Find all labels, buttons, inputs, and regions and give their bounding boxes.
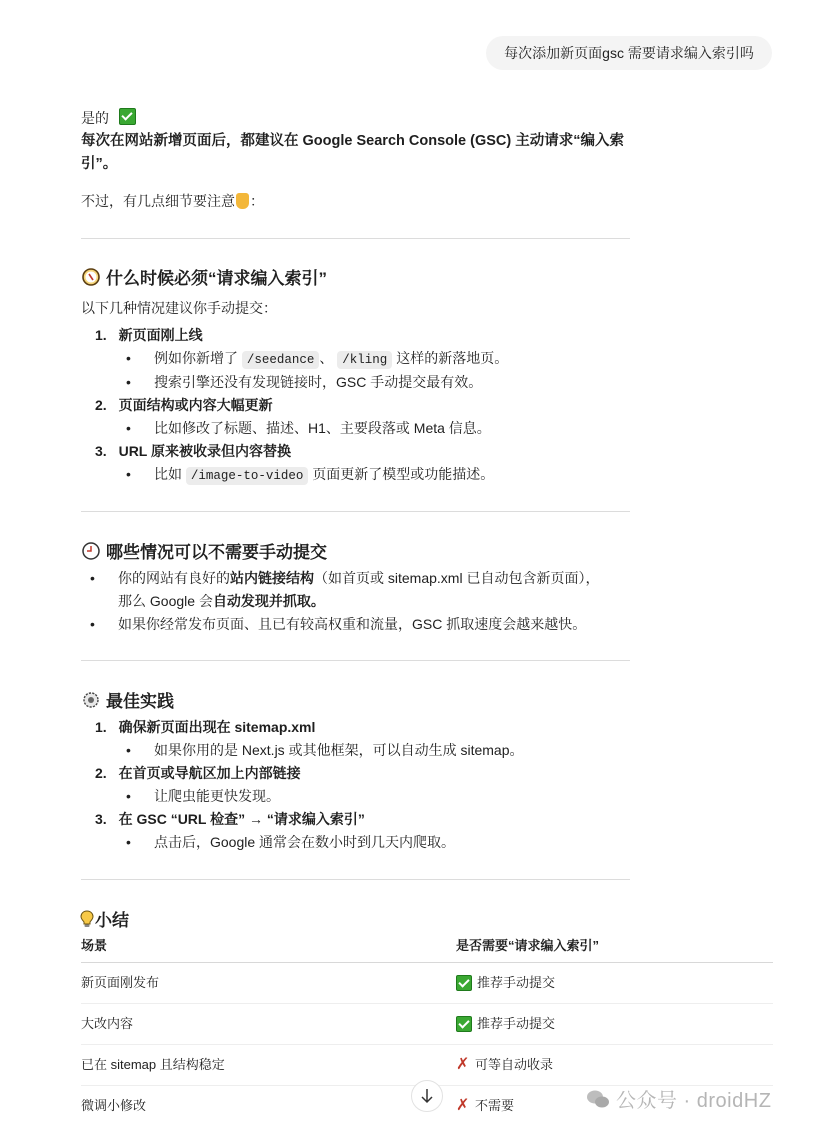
- check-icon: [456, 975, 472, 991]
- bullet-item: 比如修改了标题、描述、H1、主要段落或 Meta 信息。: [154, 417, 491, 439]
- item-label: 在首页或导航区加上内部链接: [119, 765, 301, 781]
- table-row: 大改内容 推荐手动提交: [81, 1004, 773, 1045]
- bullet-text: 那么 Google 会: [118, 593, 213, 609]
- section-title: 什么时候必须“请求编入索引”: [106, 264, 327, 289]
- item-label: 新页面刚上线: [119, 327, 203, 343]
- bullet-item: 搜索引擎还没有发现链接时，GSC 手动提交最有效。: [154, 371, 482, 393]
- summary-heading: 小结: [80, 906, 129, 931]
- item-label: URL 原来被收录但内容替换: [119, 443, 291, 459]
- bullet-item: 让爬虫能更快发现。: [154, 785, 280, 807]
- gear-icon: [82, 691, 100, 709]
- item-number: 2.: [95, 765, 107, 781]
- section-subtitle: 以下几种情况建议你手动提交：: [81, 297, 277, 319]
- cell-status: ✗可等自动收录: [456, 1045, 553, 1085]
- intro-note-colon: ：: [250, 193, 264, 209]
- ordered-item-2: 2. 在首页或导航区加上内部链接: [95, 762, 301, 784]
- ordered-item-3: 3. 在 GSC “URL 检查” → “请求编入索引”: [95, 808, 365, 830]
- code-seedance: /seedance: [242, 351, 320, 369]
- cell-scenario: 新页面刚发布: [81, 963, 159, 1003]
- code-kling: /kling: [337, 351, 392, 369]
- compass-icon: [82, 268, 100, 286]
- bullet-text: 这样的新落地页。: [396, 350, 508, 366]
- lightbulb-icon: [80, 910, 94, 928]
- column-header-scenario: 场景: [81, 930, 107, 962]
- item-number: 2.: [95, 397, 107, 413]
- ordered-item-2: 2. 页面结构或内容大幅更新: [95, 394, 273, 416]
- item-number: 1.: [95, 327, 107, 343]
- bullet-bold: 站内链接结构: [230, 570, 314, 586]
- summary-title: 小结: [95, 906, 129, 931]
- section-heading-best-practice: 最佳实践: [82, 687, 174, 712]
- status-text: 推荐手动提交: [477, 963, 555, 1003]
- divider: [81, 511, 630, 512]
- cell-status: 推荐手动提交: [456, 1004, 555, 1044]
- code-image-to-video: /image-to-video: [186, 467, 309, 485]
- wechat-icon: [586, 1089, 610, 1109]
- status-text: 可等自动收录: [475, 1045, 553, 1085]
- pointing-down-icon: [236, 193, 249, 209]
- bullet-item: 你的网站有良好的站内链接结构（如首页或 sitemap.xml 已自动包含新页面…: [118, 567, 599, 589]
- bullet-text: 页面更新了模型或功能描述。: [312, 466, 494, 482]
- watermark-text: 公众号 · droidHZ: [616, 1084, 771, 1113]
- item-label: 在 GSC “URL 检查” → “请求编入索引”: [119, 811, 365, 827]
- bullet-text: （如首页或 sitemap.xml 已自动包含新页面），: [314, 570, 599, 586]
- status-text: 不需要: [475, 1086, 514, 1126]
- section-heading-not-required: 哪些情况可以不需要手动提交: [82, 538, 327, 563]
- section-title: 最佳实践: [106, 687, 174, 712]
- cell-status: ✗不需要: [456, 1086, 514, 1126]
- bullet-text: 你的网站有良好的: [118, 570, 230, 586]
- item-number: 1.: [95, 719, 107, 735]
- ordered-item-3: 3. URL 原来被收录但内容替换: [95, 440, 291, 462]
- divider: [81, 660, 630, 661]
- bullet-bold: 自动发现并抓取。: [213, 593, 325, 609]
- intro-yes-text: 是的: [81, 110, 109, 126]
- ordered-item-1: 1. 确保新页面出现在 sitemap.xml: [95, 716, 315, 738]
- section-heading-when-required: 什么时候必须“请求编入索引”: [82, 264, 327, 289]
- scroll-to-bottom-button[interactable]: [411, 1080, 443, 1112]
- arrow-down-icon: [420, 1088, 434, 1104]
- intro-note-text: 不过，有几点细节要注意: [81, 193, 235, 209]
- cell-status: 推荐手动提交: [456, 963, 555, 1003]
- bullet-item-continued: 那么 Google 会自动发现并抓取。: [118, 590, 325, 612]
- clock-icon: [82, 542, 100, 560]
- bullet-item: 如果你用的是 Next.js 或其他框架，可以自动生成 sitemap。: [154, 739, 523, 761]
- check-icon: [119, 108, 136, 125]
- divider: [81, 879, 630, 880]
- bullet-item: 如果你经常发布页面、且已有较高权重和流量，GSC 抓取速度会越来越快。: [118, 613, 586, 635]
- status-text: 推荐手动提交: [477, 1004, 555, 1044]
- cell-scenario: 大改内容: [81, 1004, 133, 1044]
- bullet-text: 比如: [154, 466, 182, 482]
- bullet-text: 例如你新增了: [154, 350, 238, 366]
- intro-lead: 每次在网站新增页面后，都建议在 Google Search Console (G…: [81, 130, 633, 176]
- item-number: 3.: [95, 811, 107, 827]
- watermark: 公众号 · droidHZ: [586, 1084, 771, 1113]
- item-number: 3.: [95, 443, 107, 459]
- intro-yes: 是的: [81, 107, 136, 129]
- item-label: 页面结构或内容大幅更新: [119, 397, 273, 413]
- separator: 、: [319, 350, 333, 366]
- intro-note: 不过，有几点细节要注意：: [81, 190, 264, 212]
- table-header-row: 场景 是否需要“请求编入索引”: [81, 930, 773, 963]
- table-row: 新页面刚发布 推荐手动提交: [81, 963, 773, 1004]
- check-icon: [456, 1016, 472, 1032]
- divider: [81, 238, 630, 239]
- cell-scenario: 已在 sitemap 且结构稳定: [81, 1045, 225, 1085]
- user-message-bubble: 每次添加新页面gsc 需要请求编入索引吗: [486, 36, 772, 70]
- cross-icon: ✗: [456, 1045, 470, 1085]
- bullet-item: 例如你新增了 /seedance、 /kling 这样的新落地页。: [154, 347, 508, 371]
- item-label: 确保新页面出现在 sitemap.xml: [119, 719, 316, 735]
- section-title: 哪些情况可以不需要手动提交: [106, 538, 327, 563]
- bullet-item: 比如 /image-to-video 页面更新了模型或功能描述。: [154, 463, 494, 487]
- cross-icon: ✗: [456, 1086, 470, 1126]
- cell-scenario: 微调小修改: [81, 1086, 146, 1126]
- bullet-item: 点击后，Google 通常会在数小时到几天内爬取。: [154, 831, 455, 853]
- ordered-item-1: 1. 新页面刚上线: [95, 324, 203, 346]
- column-header-need-index: 是否需要“请求编入索引”: [456, 930, 599, 962]
